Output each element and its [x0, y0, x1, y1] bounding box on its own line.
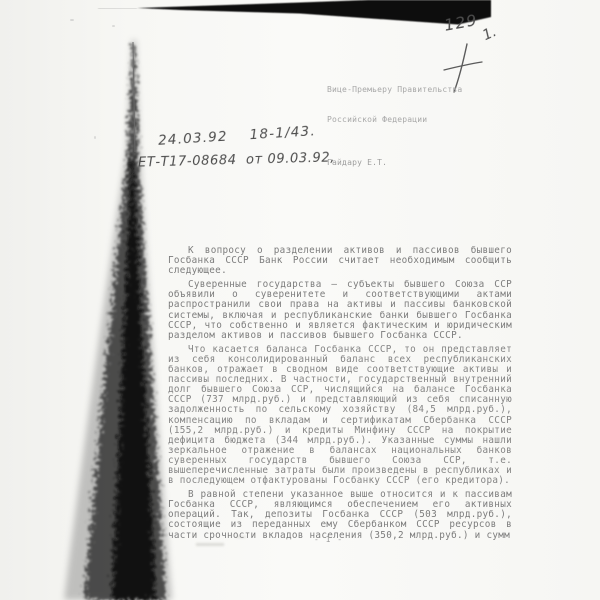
body-paragraph-1: К вопросу о разделении активов и пассиво…: [168, 246, 512, 276]
scan-speck: [112, 25, 115, 27]
body-paragraph-4: В равной степени указанное выше относитс…: [168, 490, 512, 540]
recipient-name: Гайдару Е.Т.: [327, 158, 462, 168]
recipient-line-1: Вице-Премьеру Правительства: [327, 85, 462, 95]
body-paragraph-2: Суверенные государства — субъекты бывшег…: [168, 280, 512, 341]
recipient-line-2: Российской Федерации: [327, 115, 462, 125]
scan-speck: [70, 19, 74, 21]
recipient-block: Вице-Премьеру Правительства Российской Ф…: [327, 65, 462, 188]
letter-body: К вопросу о разделении активов и пассиво…: [168, 246, 512, 545]
scan-speck: [94, 136, 96, 139]
page-number: - 1 -: [314, 535, 343, 544]
body-paragraph-3: Что касается баланса Госбанка СССР, то о…: [168, 345, 512, 486]
scanned-letter-page: 129 1. Вице-Премьеру Правительства Росси…: [0, 0, 600, 600]
